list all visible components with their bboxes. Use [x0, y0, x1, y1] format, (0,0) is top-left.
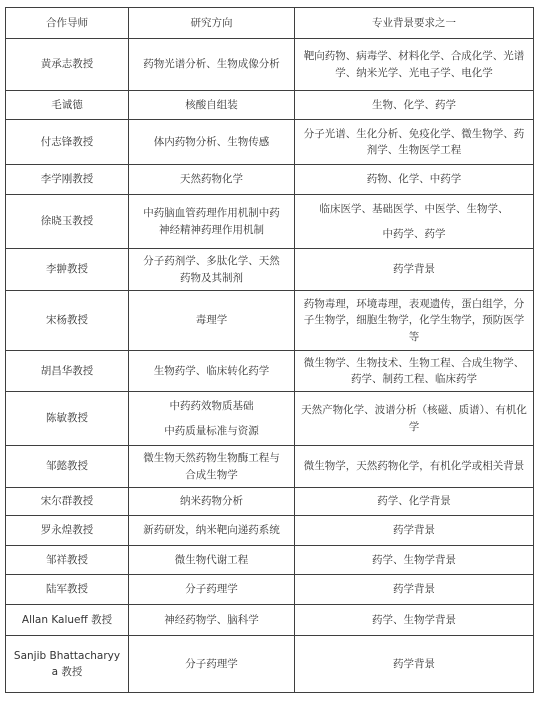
table-row: 邹懿教授微生物天然药物生物酶工程与合成生物学微生物学，天然药物化学，有机化学或相… [6, 446, 534, 488]
table-row: 黄承志教授药物光谱分析、生物成像分析靶向药物、病毒学、材料化学、合成化学、光谱学… [6, 39, 534, 91]
direction-cell-text: 分子药剂学、多肽化学、天然药物及其制剂 [139, 253, 284, 286]
direction-cell: 新药研发，纳米靶向递药系统 [129, 516, 295, 546]
table-header: 合作导师 研究方向 专业背景要求之一 [6, 8, 534, 39]
advisor-cell: Allan Kalueff 教授 [6, 605, 129, 636]
table-row: 罗永煌教授新药研发，纳米靶向递药系统药学背景 [6, 516, 534, 546]
background-cell-text: 中药学、药学 [301, 226, 527, 242]
advisor-cell: 宋尔群教授 [6, 488, 129, 516]
background-cell: 药物、化学、中药学 [295, 165, 534, 195]
table-row: Sanjib Bhattacharyya 教授分子药理学药学背景 [6, 636, 534, 693]
direction-cell: 毒理学 [129, 291, 295, 351]
background-cell-text: 微生物学，天然药物化学，有机化学或相关背景 [301, 458, 527, 474]
direction-cell-text: 中药脑血管药理作用机制中药神经精神药理作用机制 [139, 205, 284, 238]
background-cell: 药学、生物学背景 [295, 546, 534, 575]
background-cell: 药学背景 [295, 249, 534, 291]
background-cell-text: 药学、生物学背景 [301, 612, 527, 628]
background-cell-text: 微生物学、生物技术、生物工程、合成生物学、药学、制药工程、临床药学 [301, 355, 527, 388]
direction-cell: 微生物天然药物生物酶工程与合成生物学 [129, 446, 295, 488]
advisor-cell: 毛诚德 [6, 91, 129, 120]
advisor-cell: 陈敏教授 [6, 392, 129, 446]
direction-cell: 分子药剂学、多肽化学、天然药物及其制剂 [129, 249, 295, 291]
advisor-cell: 邹祥教授 [6, 546, 129, 575]
background-cell-text: 药学、生物学背景 [301, 552, 527, 568]
advisor-cell: 陆军教授 [6, 575, 129, 605]
advisor-cell: 邹懿教授 [6, 446, 129, 488]
direction-cell-text: 体内药物分析、生物传感 [139, 134, 284, 150]
advisor-cell: 黄承志教授 [6, 39, 129, 91]
table-row: Allan Kalueff 教授神经药物学、脑科学药学、生物学背景 [6, 605, 534, 636]
direction-cell: 神经药物学、脑科学 [129, 605, 295, 636]
direction-cell-text: 核酸自组装 [139, 97, 284, 113]
advisor-cell: 胡昌华教授 [6, 351, 129, 392]
advisor-table: 合作导师 研究方向 专业背景要求之一 黄承志教授药物光谱分析、生物成像分析靶向药… [5, 7, 534, 693]
direction-cell-text: 微生物代谢工程 [139, 552, 284, 568]
advisor-cell: 宋杨教授 [6, 291, 129, 351]
background-cell-text: 药物毒理，环境毒理，表观遗传，蛋白组学，分子生物学，细胞生物学，化学生物学，预防… [301, 296, 527, 345]
background-cell: 微生物学、生物技术、生物工程、合成生物学、药学、制药工程、临床药学 [295, 351, 534, 392]
direction-cell-text: 新药研发，纳米靶向递药系统 [139, 522, 284, 538]
direction-cell-text: 微生物天然药物生物酶工程与合成生物学 [139, 450, 284, 483]
background-cell: 生物、化学、药学 [295, 91, 534, 120]
direction-cell-text: 天然药物化学 [139, 171, 284, 187]
table-row: 宋杨教授毒理学药物毒理，环境毒理，表观遗传，蛋白组学，分子生物学，细胞生物学，化… [6, 291, 534, 351]
direction-cell: 体内药物分析、生物传感 [129, 120, 295, 165]
background-cell-text: 药学背景 [301, 656, 527, 672]
col-header-advisor: 合作导师 [6, 8, 129, 39]
table-row: 宋尔群教授纳米药物分析药学、化学背景 [6, 488, 534, 516]
direction-cell-text: 药物光谱分析、生物成像分析 [139, 56, 284, 72]
background-cell: 分子光谱、生化分析、免疫化学、微生物学、药剂学、生物医学工程 [295, 120, 534, 165]
background-cell-text: 生物、化学、药学 [301, 97, 527, 113]
direction-cell-text: 分子药理学 [139, 656, 284, 672]
table-row: 李学刚教授天然药物化学药物、化学、中药学 [6, 165, 534, 195]
table-row: 毛诚德核酸自组装生物、化学、药学 [6, 91, 534, 120]
direction-cell-text: 纳米药物分析 [139, 493, 284, 509]
direction-cell: 药物光谱分析、生物成像分析 [129, 39, 295, 91]
background-cell: 药学、化学背景 [295, 488, 534, 516]
direction-cell-text: 毒理学 [139, 312, 284, 328]
direction-cell-text: 神经药物学、脑科学 [139, 612, 284, 628]
direction-cell-text: 中药质量标准与资源 [139, 423, 284, 439]
background-cell: 靶向药物、病毒学、材料化学、合成化学、光谱学、纳米光学、光电子学、电化学 [295, 39, 534, 91]
direction-cell: 中药药效物质基础中药质量标准与资源 [129, 392, 295, 446]
background-cell-text: 药物、化学、中药学 [301, 171, 527, 187]
direction-cell: 天然药物化学 [129, 165, 295, 195]
direction-cell: 中药脑血管药理作用机制中药神经精神药理作用机制 [129, 195, 295, 249]
table-row: 徐晓玉教授中药脑血管药理作用机制中药神经精神药理作用机制临床医学、基础医学、中医… [6, 195, 534, 249]
table-row: 付志锋教授体内药物分析、生物传感分子光谱、生化分析、免疫化学、微生物学、药剂学、… [6, 120, 534, 165]
col-header-direction: 研究方向 [129, 8, 295, 39]
direction-cell: 分子药理学 [129, 636, 295, 693]
col-header-background: 专业背景要求之一 [295, 8, 534, 39]
table-body: 黄承志教授药物光谱分析、生物成像分析靶向药物、病毒学、材料化学、合成化学、光谱学… [6, 39, 534, 693]
background-cell-text: 分子光谱、生化分析、免疫化学、微生物学、药剂学、生物医学工程 [301, 126, 527, 159]
background-cell: 药学背景 [295, 636, 534, 693]
direction-cell: 微生物代谢工程 [129, 546, 295, 575]
direction-cell-text: 中药药效物质基础 [139, 398, 284, 414]
background-cell-text: 天然产物化学、波谱分析（核磁、质谱）、有机化学 [301, 402, 527, 435]
header-row: 合作导师 研究方向 专业背景要求之一 [6, 8, 534, 39]
table-row: 陈敏教授中药药效物质基础中药质量标准与资源天然产物化学、波谱分析（核磁、质谱）、… [6, 392, 534, 446]
background-cell-text: 临床医学、基础医学、中医学、生物学、 [301, 201, 527, 217]
background-cell-text: 药学、化学背景 [301, 493, 527, 509]
background-cell: 药物毒理，环境毒理，表观遗传，蛋白组学，分子生物学，细胞生物学，化学生物学，预防… [295, 291, 534, 351]
direction-cell: 核酸自组装 [129, 91, 295, 120]
direction-cell: 纳米药物分析 [129, 488, 295, 516]
direction-cell: 生物药学、临床转化药学 [129, 351, 295, 392]
background-cell-text: 药学背景 [301, 522, 527, 538]
background-cell: 药学、生物学背景 [295, 605, 534, 636]
background-cell: 临床医学、基础医学、中医学、生物学、中药学、药学 [295, 195, 534, 249]
direction-cell-text: 分子药理学 [139, 581, 284, 597]
table-row: 李翀教授分子药剂学、多肽化学、天然药物及其制剂药学背景 [6, 249, 534, 291]
advisor-cell: 李学刚教授 [6, 165, 129, 195]
background-cell: 药学背景 [295, 516, 534, 546]
background-cell: 微生物学，天然药物化学，有机化学或相关背景 [295, 446, 534, 488]
advisor-cell: 罗永煌教授 [6, 516, 129, 546]
background-cell-text: 靶向药物、病毒学、材料化学、合成化学、光谱学、纳米光学、光电子学、电化学 [301, 48, 527, 81]
table-row: 陆军教授分子药理学药学背景 [6, 575, 534, 605]
advisor-cell: 李翀教授 [6, 249, 129, 291]
table-row: 胡昌华教授生物药学、临床转化药学微生物学、生物技术、生物工程、合成生物学、药学、… [6, 351, 534, 392]
background-cell: 天然产物化学、波谱分析（核磁、质谱）、有机化学 [295, 392, 534, 446]
advisor-cell: 付志锋教授 [6, 120, 129, 165]
page: { "colors": { "background": "#ffffff", "… [0, 7, 540, 703]
direction-cell: 分子药理学 [129, 575, 295, 605]
background-cell-text: 药学背景 [301, 581, 527, 597]
advisor-cell: 徐晓玉教授 [6, 195, 129, 249]
table-row: 邹祥教授微生物代谢工程药学、生物学背景 [6, 546, 534, 575]
direction-cell-text: 生物药学、临床转化药学 [139, 363, 284, 379]
background-cell: 药学背景 [295, 575, 534, 605]
advisor-cell: Sanjib Bhattacharyya 教授 [6, 636, 129, 693]
background-cell-text: 药学背景 [301, 261, 527, 277]
